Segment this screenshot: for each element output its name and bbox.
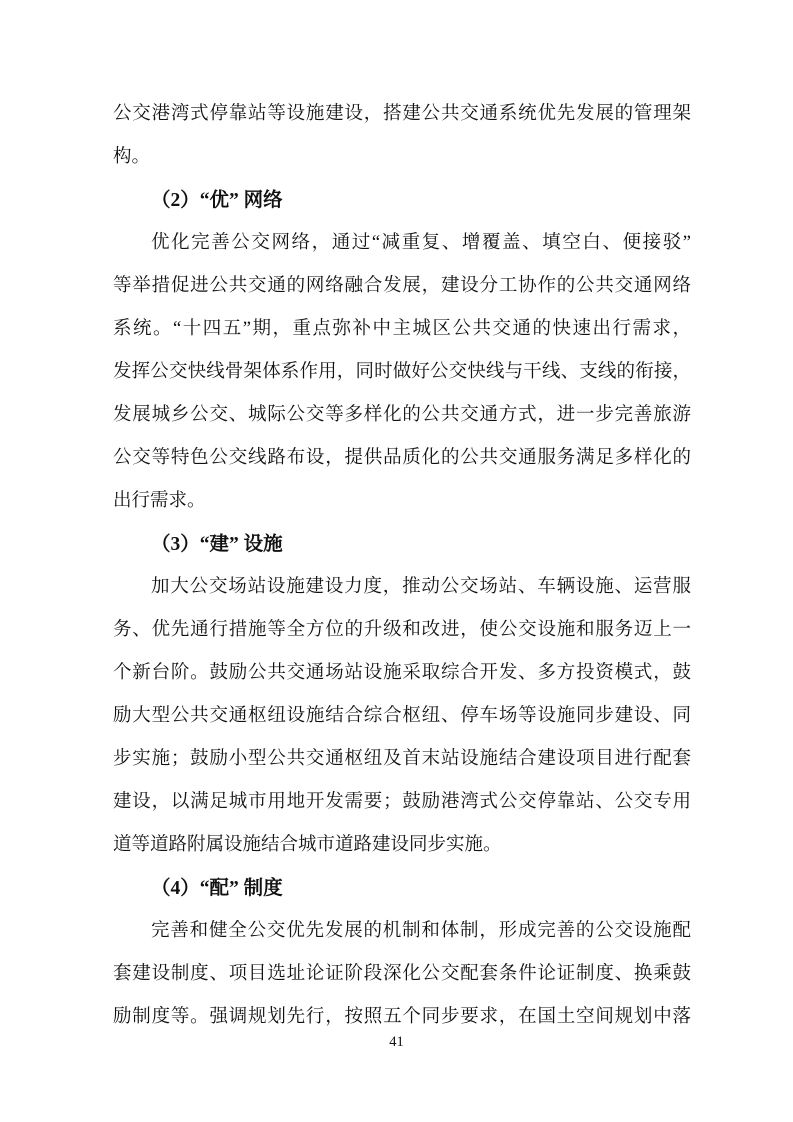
paragraph-line: 等举措促进公共交通的网络融合发展，建设分工协作的公共交通网络 (113, 265, 691, 308)
paragraph-line: 道等道路附属设施结合城市道路建设同步实施。 (113, 824, 691, 867)
paragraph-line: 系统。“十四五”期，重点弥补中主城区公共交通的快速出行需求， (113, 308, 691, 351)
text-block: 公交港湾式停靠站等设施建设，搭建公共交通系统优先发展的管理架 构。 （2）“优”… (113, 93, 691, 1039)
paragraph-line: 励大型公共交通枢纽设施结合综合枢纽、停车场等设施同步建设、同 (113, 695, 691, 738)
paragraph-line: 公交港湾式停靠站等设施建设，搭建公共交通系统优先发展的管理架 (113, 93, 691, 136)
paragraph-line: 公交等特色公交线路布设，提供品质化的公共交通服务满足多样化的 (113, 437, 691, 480)
section-heading: （2）“优” 网络 (113, 179, 691, 222)
paragraph-line: 励制度等。强调规划先行，按照五个同步要求，在国土空间规划中落 (113, 996, 691, 1039)
document-page: 公交港湾式停靠站等设施建设，搭建公共交通系统优先发展的管理架 构。 （2）“优”… (0, 0, 793, 1122)
section-heading: （4）“配” 制度 (113, 867, 691, 910)
paragraph-line: 发挥公交快线骨架体系作用，同时做好公交快线与干线、支线的衔接， (113, 351, 691, 394)
paragraph-line: 发展城乡公交、城际公交等多样化的公共交通方式，进一步完善旅游 (113, 394, 691, 437)
page-number: 41 (0, 1034, 793, 1051)
paragraph-line: 务、优先通行措施等全方位的升级和改进，使公交设施和服务迈上一 (113, 609, 691, 652)
paragraph-line: 优化完善公交网络，通过“减重复、增覆盖、填空白、便接驳” (113, 222, 691, 265)
paragraph-line: 步实施；鼓励小型公共交通枢纽及首末站设施结合建设项目进行配套 (113, 738, 691, 781)
paragraph-line: 构。 (113, 136, 691, 179)
paragraph-line: 个新台阶。鼓励公共交通场站设施采取综合开发、多方投资模式，鼓 (113, 652, 691, 695)
paragraph-line: 建设，以满足城市用地开发需要；鼓励港湾式公交停靠站、公交专用 (113, 781, 691, 824)
paragraph-line: 完善和健全公交优先发展的机制和体制，形成完善的公交设施配 (113, 910, 691, 953)
paragraph-line: 加大公交场站设施建设力度，推动公交场站、车辆设施、运营服 (113, 566, 691, 609)
paragraph-line: 套建设制度、项目选址论证阶段深化公交配套条件论证制度、换乘鼓 (113, 953, 691, 996)
section-heading: （3）“建” 设施 (113, 523, 691, 566)
paragraph-line: 出行需求。 (113, 480, 691, 523)
